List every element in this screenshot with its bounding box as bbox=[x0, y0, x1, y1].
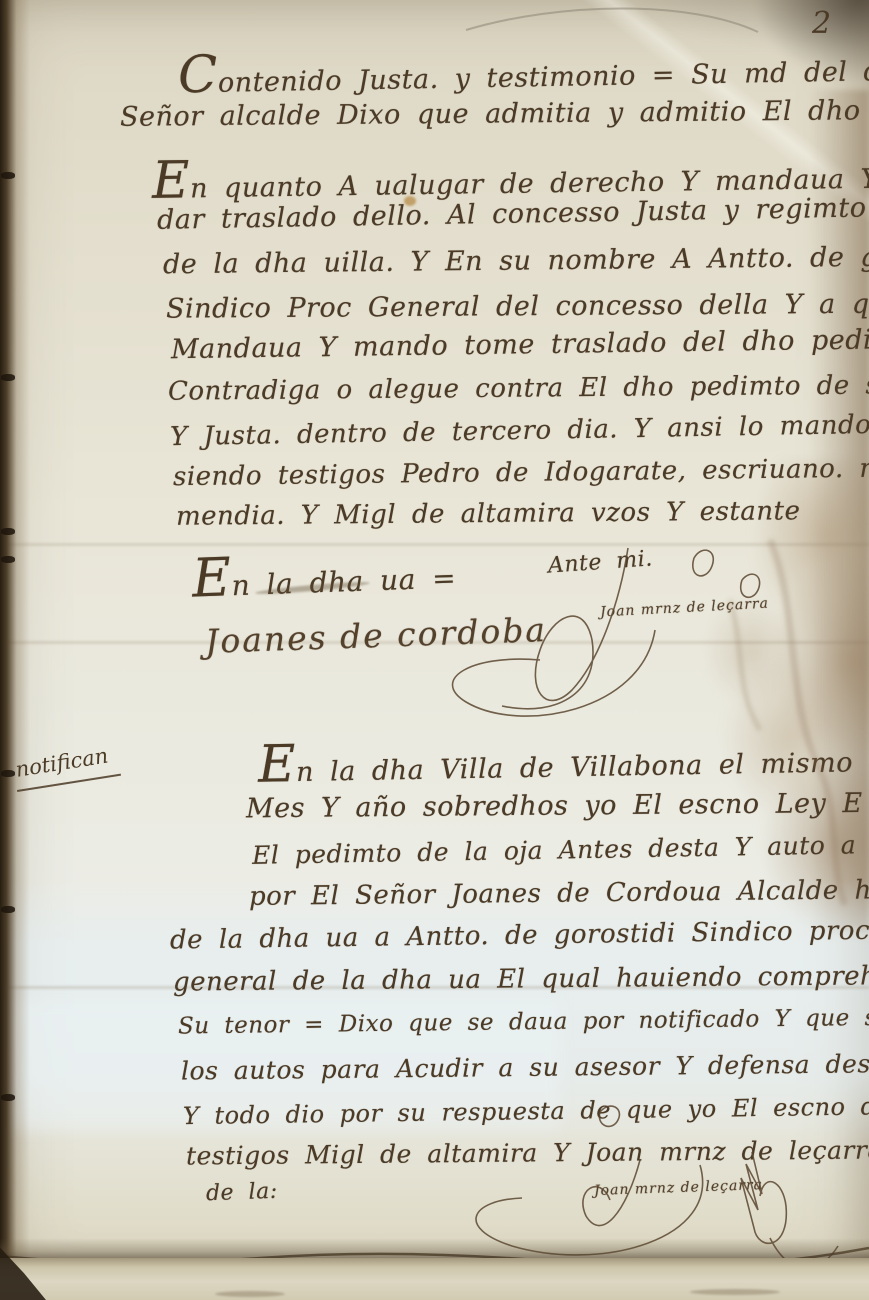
manuscript-scan: 2 Contenido Justa. y testimonio = Su md … bbox=[0, 0, 869, 1300]
bottom-crease-shadow bbox=[0, 1238, 869, 1258]
binding-gutter bbox=[0, 0, 30, 1300]
notification-text-line: general de la dha ua El qual hauiendo co… bbox=[173, 963, 869, 996]
binding-stitch bbox=[1, 906, 15, 913]
notification-text-line: En la dha Villa de Villabona el mismo di… bbox=[258, 728, 869, 791]
order-text-line: Señor alcalde Dixo que admitia y admitio… bbox=[120, 96, 869, 131]
notification-text-line: testigos Migl de altamira Y Joan mrnz de… bbox=[186, 1137, 869, 1169]
order-text-line: Contradiga o alegue contra El dho pedimt… bbox=[168, 371, 869, 404]
binding-stitch bbox=[1, 556, 15, 563]
binding-stitch bbox=[1, 1094, 15, 1101]
order-closing-line: En la dha ua = bbox=[191, 543, 457, 605]
notification-text-line: los autos para Acudir a su asesor Y defe… bbox=[181, 1049, 869, 1083]
binding-stitch bbox=[1, 770, 15, 777]
folio-number: 2 bbox=[812, 6, 831, 41]
binding-stitch bbox=[1, 172, 15, 179]
notification-text-line: por El Señor Joanes de Cordoua Alcalde h… bbox=[249, 876, 869, 910]
notification-text-line: Mes Y año sobredhos yo El escno Ley E no… bbox=[246, 789, 869, 823]
notification-closing-line: de la: bbox=[206, 1181, 278, 1205]
binding-stitch bbox=[1, 374, 15, 381]
next-page-writing-hint bbox=[215, 1291, 285, 1297]
order-text-line: de la dha uilla. Y En su nombre A Antto.… bbox=[163, 243, 869, 279]
next-page-writing-hint bbox=[690, 1289, 780, 1295]
binding-stitch bbox=[1, 528, 15, 535]
order-text-line: Sindico Proc General del concesso della … bbox=[166, 290, 869, 322]
order-text-line: mendia. Y Migl de altamira vzos Y estant… bbox=[176, 498, 801, 529]
